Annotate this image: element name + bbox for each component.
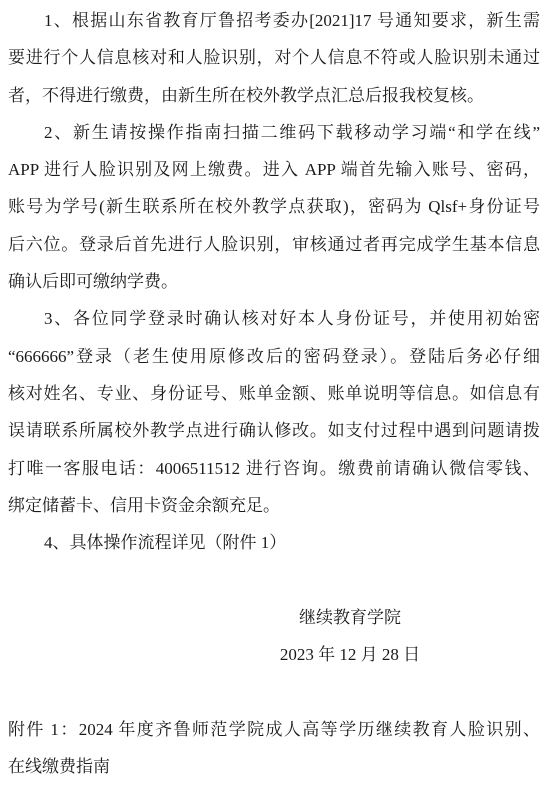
paragraph-3-line-5: 打唯一客服电话：4006511512 进行咨询。缴费前请确认微信零钱、 xyxy=(8,450,540,487)
signature-organization: 继续教育学院 xyxy=(160,599,540,636)
paragraph-2-line-1: 2、新生请按操作指南扫描二维码下载移动学习端“和学在线” xyxy=(8,114,540,151)
blank-line xyxy=(8,561,540,598)
blank-line xyxy=(8,673,540,710)
attachment-line-2: 在线缴费指南 xyxy=(8,748,540,785)
paragraph-1-line-2: 要进行个人信息核对和人脸识别，对个人信息不符或人脸识别未通过 xyxy=(8,39,540,76)
paragraph-1: 1、根据山东省教育厅鲁招考委办[2021]17 号通知要求，新生需 要进行个人信… xyxy=(8,2,540,114)
signature-block: 继续教育学院 2023 年 12 月 28 日 xyxy=(160,599,540,674)
paragraph-1-line-3: 者，不得进行缴费，由新生所在校外教学点汇总后报我校复核。 xyxy=(8,77,540,114)
paragraph-2-line-5: 确认后即可缴纳学费。 xyxy=(8,263,540,300)
paragraph-3-line-1: 3、各位同学登录时确认核对好本人身份证号，并使用初始密 xyxy=(8,300,540,337)
paragraph-3-line-6: 绑定储蓄卡、信用卡资金余额充足。 xyxy=(8,487,540,524)
paragraph-3-line-2: “666666”登录（老生使用原修改后的密码登录）。登陆后务必仔细 xyxy=(8,338,540,375)
attachment-note: 附件 1：2024 年度齐鲁师范学院成人高等学历继续教育人脸识别、 在线缴费指南 xyxy=(8,711,540,786)
notice-document: 1、根据山东省教育厅鲁招考委办[2021]17 号通知要求，新生需 要进行个人信… xyxy=(8,2,540,785)
paragraph-2-line-2: APP 进行人脸识别及网上缴费。进入 APP 端首先输入账号、密码， xyxy=(8,151,540,188)
paragraph-2: 2、新生请按操作指南扫描二维码下载移动学习端“和学在线” APP 进行人脸识别及… xyxy=(8,114,540,300)
paragraph-4-line-1: 4、具体操作流程详见（附件 1） xyxy=(8,524,540,561)
paragraph-3: 3、各位同学登录时确认核对好本人身份证号，并使用初始密 “666666”登录（老… xyxy=(8,300,540,524)
paragraph-1-line-1: 1、根据山东省教育厅鲁招考委办[2021]17 号通知要求，新生需 xyxy=(8,2,540,39)
paragraph-2-line-3: 账号为学号(新生联系所在校外教学点获取)，密码为 Qlsf+身份证号 xyxy=(8,188,540,225)
paragraph-3-line-3: 核对姓名、专业、身份证号、账单金额、账单说明等信息。如信息有 xyxy=(8,375,540,412)
paragraph-2-line-4: 后六位。登录后首先进行人脸识别，审核通过者再完成学生基本信息 xyxy=(8,226,540,263)
attachment-line-1: 附件 1：2024 年度齐鲁师范学院成人高等学历继续教育人脸识别、 xyxy=(8,711,540,748)
signature-date: 2023 年 12 月 28 日 xyxy=(160,636,540,673)
paragraph-4: 4、具体操作流程详见（附件 1） xyxy=(8,524,540,561)
paragraph-3-line-4: 误请联系所属校外教学点进行确认修改。如支付过程中遇到问题请拨 xyxy=(8,412,540,449)
